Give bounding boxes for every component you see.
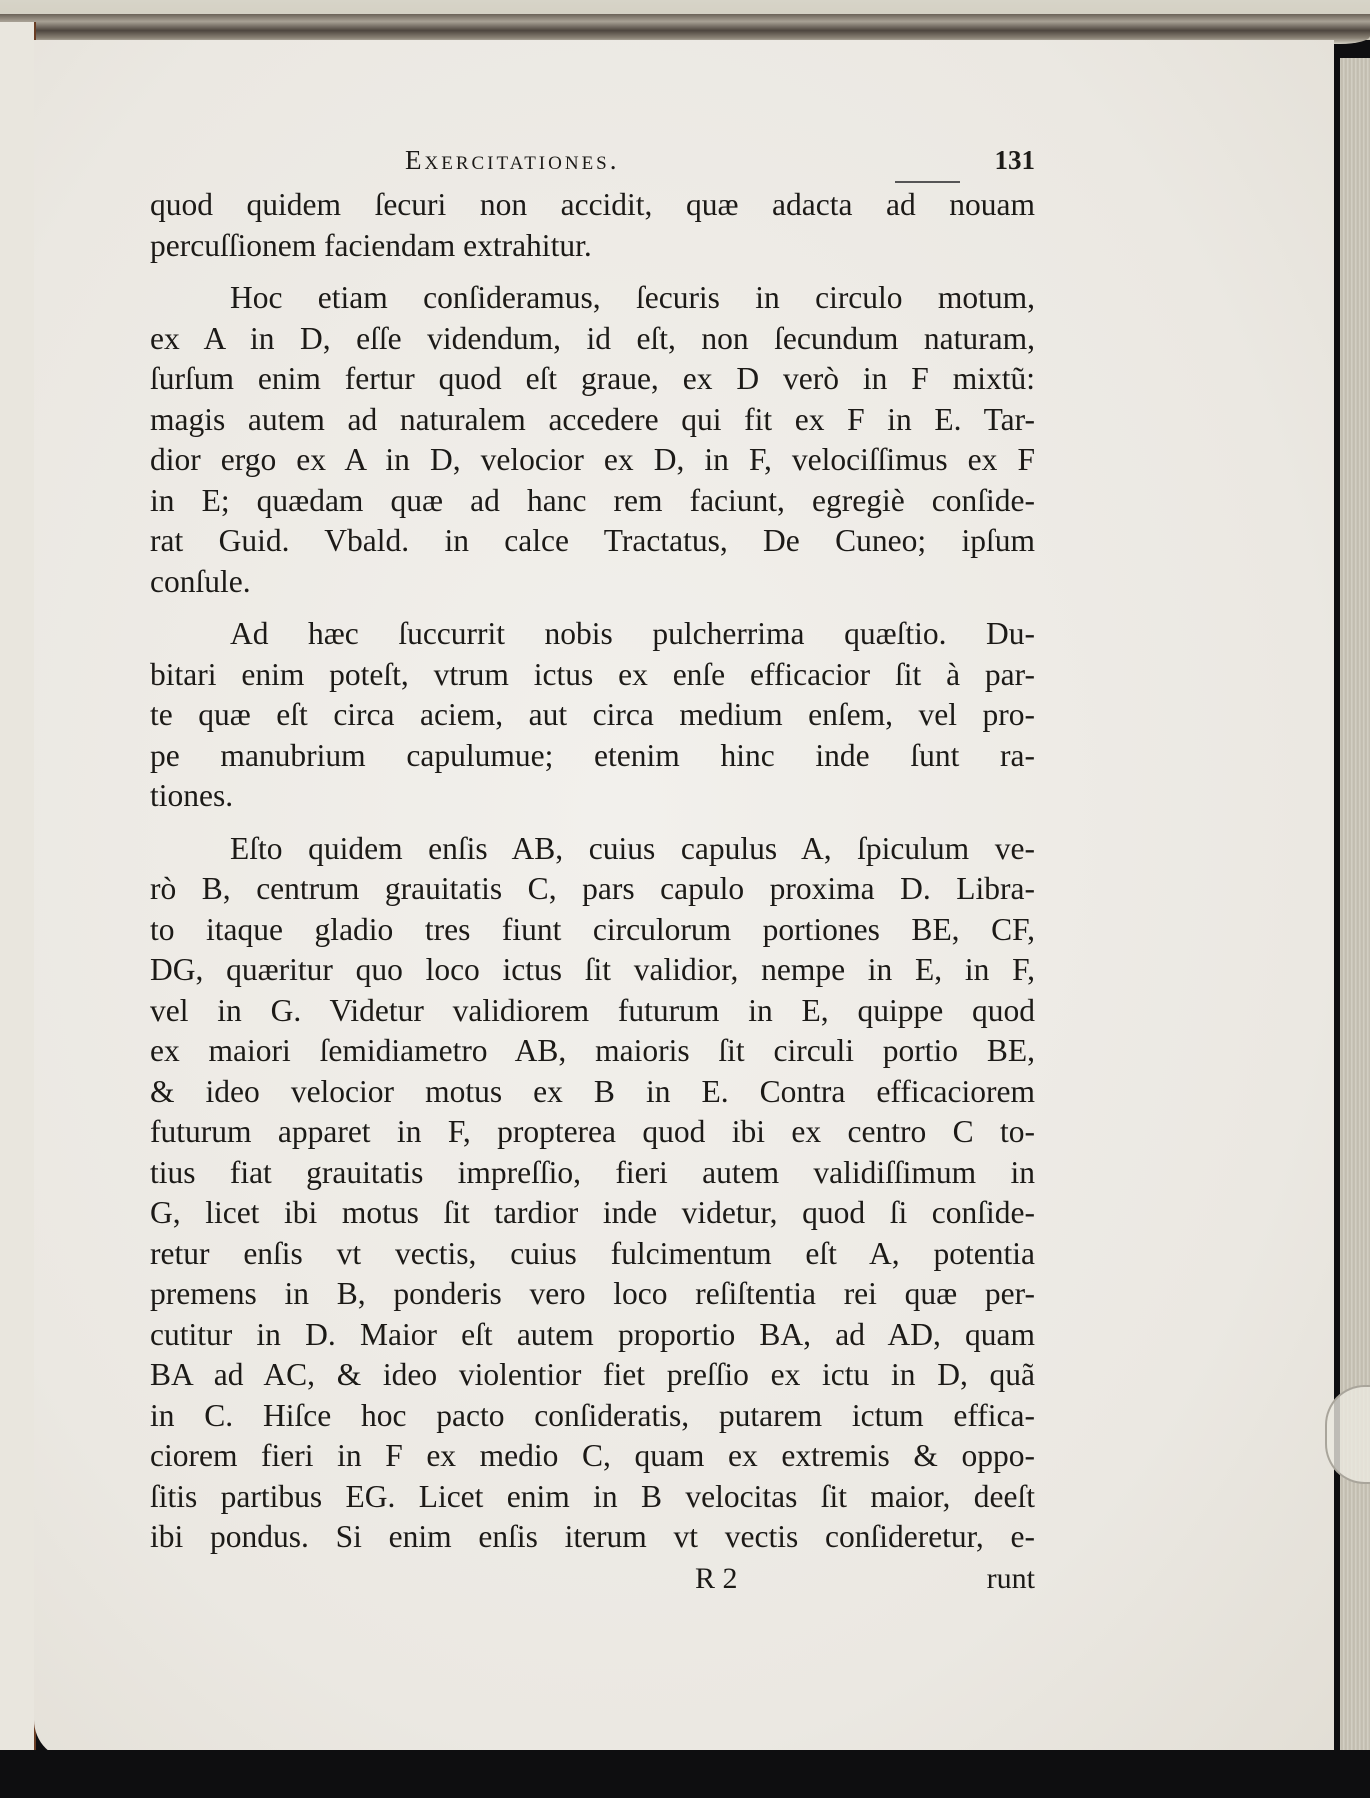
text-line: premens in B, ponderis vero loco reſiſte… <box>150 1274 1035 1315</box>
text-line: DG, quæritur quo loco ictus ſit validior… <box>150 950 1035 991</box>
text-line: vel in G. Videtur validiorem futurum in … <box>150 991 1035 1032</box>
text-line: in E; quædam quæ ad hanc rem faciunt, eg… <box>150 481 1035 522</box>
text-line: te quæ eſt circa aciem, aut circa medium… <box>150 695 1035 736</box>
signature-mark: R 2 <box>695 1562 738 1596</box>
text-line: ibi pondus. Si enim enſis iterum vt vect… <box>150 1517 1035 1558</box>
catchword: runt <box>987 1562 1035 1596</box>
page-footer: R 2 runt <box>150 1562 1035 1604</box>
text-line: rò B, centrum grauitatis C, pars capulo … <box>150 869 1035 910</box>
text-line: ſitis partibus EG. Licet enim in B veloc… <box>150 1477 1035 1518</box>
running-title: Exercitationes. <box>405 145 620 176</box>
facing-page-edge <box>0 22 36 1757</box>
page-number: 131 <box>995 145 1036 176</box>
text-line: quod quidem ſecuri non accidit, quæ adac… <box>150 185 1035 226</box>
paragraph: Ad hæc ſuccurrit nobis pulcherrima quæſt… <box>150 614 1035 817</box>
text-line: BA ad AC, & ideo violentior fiet preſſio… <box>150 1355 1035 1396</box>
text-line: futurum apparet in F, propterea quod ibi… <box>150 1112 1035 1153</box>
text-line: G, licet ibi motus ſit tardior inde vide… <box>150 1193 1035 1234</box>
text-line: cutitur in D. Maior eſt autem proportio … <box>150 1315 1035 1356</box>
text-line: bitari enim poteſt, vtrum ictus ex enſe … <box>150 655 1035 696</box>
text-line: magis autem ad naturalem accedere qui fi… <box>150 400 1035 441</box>
text-line: percuſſionem faciendam extrahitur. <box>150 226 1035 267</box>
text-line: & ideo velocior motus ex B in E. Contra … <box>150 1072 1035 1113</box>
book-fore-edge <box>1340 58 1370 1758</box>
text-line: retur enſis vt vectis, cuius fulcimentum… <box>150 1234 1035 1275</box>
text-line: tius fiat grauitatis impreſſio, fieri au… <box>150 1153 1035 1194</box>
text-line: ſurſum enim fertur quod eſt graue, ex D … <box>150 359 1035 400</box>
paragraph: quod quidem ſecuri non accidit, quæ adac… <box>150 185 1035 266</box>
paragraph: Eſto quidem enſis AB, cuius capulus A, ſ… <box>150 829 1035 1558</box>
paragraph-gap <box>150 266 1035 278</box>
paragraph-gap <box>150 602 1035 614</box>
background-shadow <box>0 1750 1370 1798</box>
text-line: dior ergo ex A in D, velocior ex D, in F… <box>150 440 1035 481</box>
text-line: Eſto quidem enſis AB, cuius capulus A, ſ… <box>150 829 1035 870</box>
text-line: rat Guid. Vbald. in calce Tractatus, De … <box>150 521 1035 562</box>
text-line: pe manubrium capulumue; etenim hinc inde… <box>150 736 1035 777</box>
text-line: Ad hæc ſuccurrit nobis pulcherrima quæſt… <box>150 614 1035 655</box>
text-line: tiones. <box>150 776 1035 817</box>
text-line: in C. Hiſce hoc pacto conſideratis, puta… <box>150 1396 1035 1437</box>
body-text: quod quidem ſecuri non accidit, quæ adac… <box>150 185 1035 1558</box>
running-head: Exercitationes. 131 <box>150 145 1035 185</box>
text-line: Hoc etiam conſideramus, ſecuris in circu… <box>150 278 1035 319</box>
text-line: ex maiori ſemidiametro AB, maioris ſit c… <box>150 1031 1035 1072</box>
text-line: ciorem fieri in F ex medio C, quam ex ex… <box>150 1436 1035 1477</box>
text-block: Exercitationes. 131 quod quidem ſecuri n… <box>150 145 1035 1604</box>
paragraph: Hoc etiam conſideramus, ſecuris in circu… <box>150 278 1035 602</box>
paragraph-gap <box>150 817 1035 829</box>
text-line: conſule. <box>150 562 1035 603</box>
text-line: ex A in D, eſſe videndum, id eſt, non ſe… <box>150 319 1035 360</box>
text-line: to itaque gladio tres fiunt circulorum p… <box>150 910 1035 951</box>
header-rule <box>895 181 960 183</box>
